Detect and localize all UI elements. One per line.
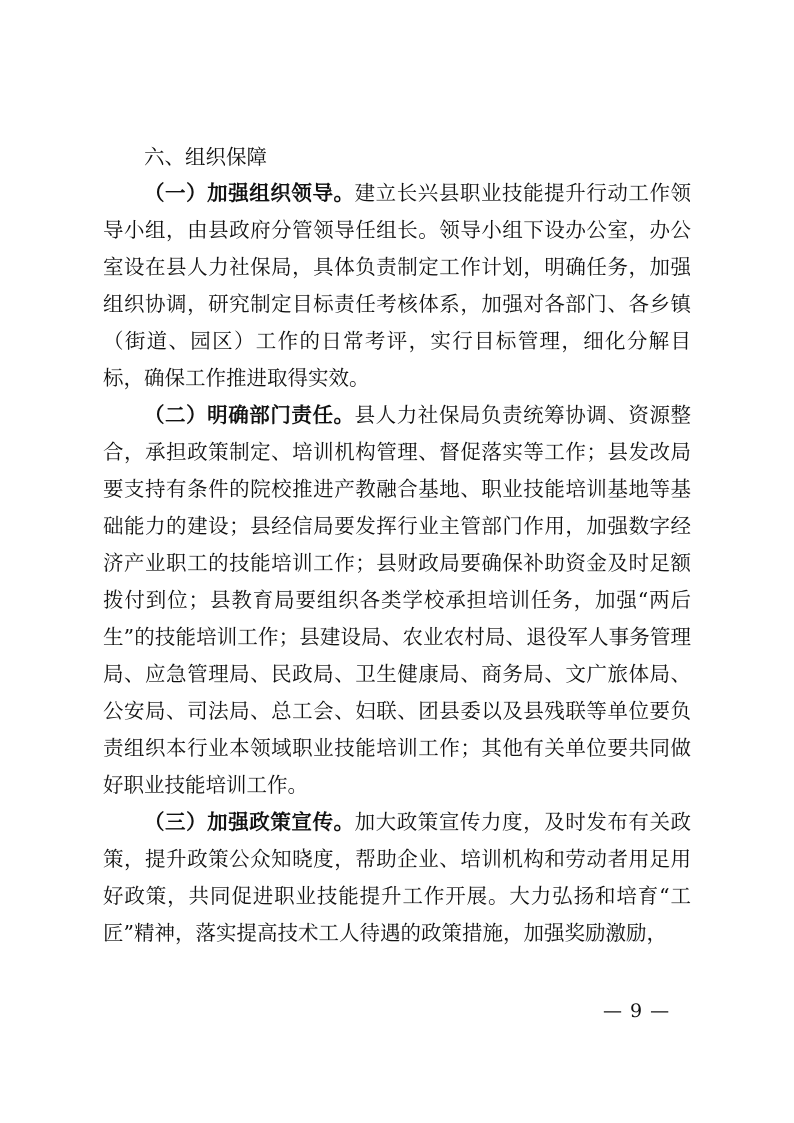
paragraph-lead: （一）加强组织领导。	[144, 181, 355, 205]
paragraph-policy-publicity: （三）加强政策宣传。加大政策宣传力度，及时发布有关政策，提升政策公众知晓度，帮助…	[103, 804, 691, 952]
paragraph-lead: （二）明确部门责任。	[144, 403, 355, 427]
paragraph-organization-leadership: （一）加强组织领导。建立长兴县职业技能提升行动工作领导小组，由县政府分管领导任组…	[103, 175, 691, 397]
paragraph-department-responsibility: （二）明确部门责任。县人力社保局负责统筹协调、资源整合，承担政策制定、培训机构管…	[103, 397, 691, 804]
paragraph-body: 县人力社保局负责统筹协调、资源整合，承担政策制定、培训机构管理、督促落实等工作；…	[103, 403, 691, 797]
paragraph-body: 建立长兴县职业技能提升行动工作领导小组，由县政府分管领导任组长。领导小组下设办公…	[103, 181, 691, 390]
page-number: — 9 —	[603, 1000, 670, 1022]
paragraph-lead: （三）加强政策宣传。	[144, 810, 355, 834]
document-page: 六、组织保障 （一）加强组织领导。建立长兴县职业技能提升行动工作领导小组，由县政…	[103, 140, 691, 952]
section-heading: 六、组织保障	[103, 140, 691, 175]
